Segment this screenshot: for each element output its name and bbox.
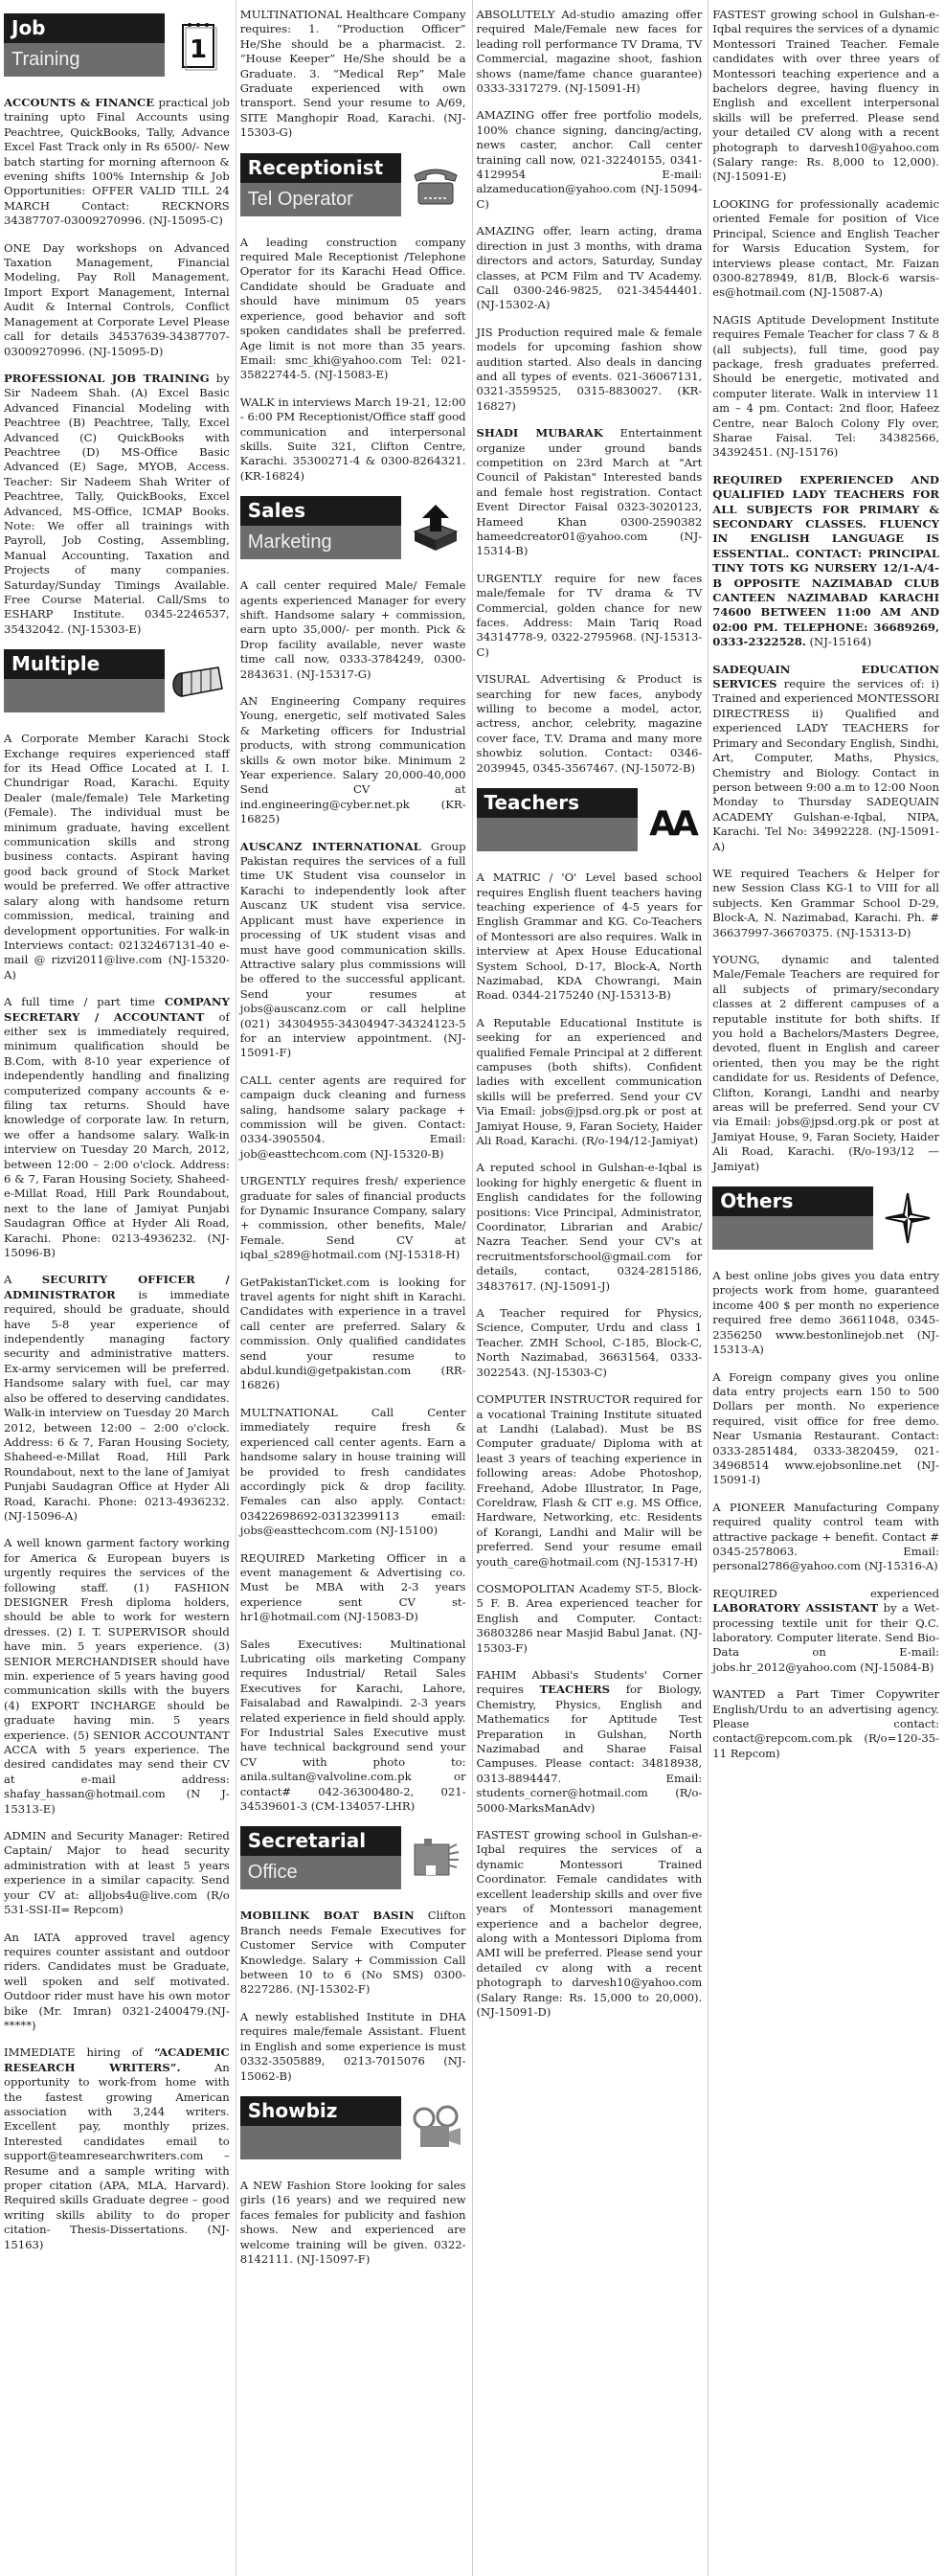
classified-ad: SHADI MUBARAK Entertainment organize und…	[477, 426, 703, 559]
classified-ad: CALL center agents are required for camp…	[240, 1073, 466, 1162]
telephone-icon	[407, 153, 464, 216]
classified-ad: A Teacher required for Physics, Science,…	[477, 1306, 703, 1380]
column-2: MULTINATIONAL Healthcare Company require…	[236, 0, 473, 2576]
classified-ad: WE required Teachers & Helper for new Se…	[712, 867, 939, 940]
category-subtitle	[712, 1216, 873, 1250]
classified-ad: A leading construction company required …	[240, 236, 466, 383]
category-header-secretarial: Secretarial Office	[240, 1826, 466, 1889]
classified-ad: A full time / part time COMPANY SECRETAR…	[4, 995, 230, 1260]
classified-ad: ABSOLUTELY Ad-studio amazing offer requi…	[477, 8, 703, 96]
classified-ad: A MATRIC / 'O' Level based school requir…	[477, 870, 703, 1004]
classified-ad: A Reputable Educational Institute is see…	[477, 1016, 703, 1149]
classified-ad: A reputed school in Gulshan-e-Iqbal is l…	[477, 1161, 703, 1294]
classified-ad: YOUNG, dynamic and talented Male/Female …	[712, 953, 939, 1174]
classified-ad: A best online jobs gives you data entry …	[712, 1269, 939, 1357]
column-3: ABSOLUTELY Ad-studio amazing offer requi…	[473, 0, 709, 2576]
category-header-teachers: Teachers AA	[477, 788, 703, 851]
megaphone-icon	[170, 649, 228, 712]
category-subtitle: Office	[240, 1856, 401, 1889]
classified-ad: A Corporate Member Karachi Stock Exchang…	[4, 732, 230, 983]
classified-ad: VISURAL Advertising & Product is searchi…	[477, 672, 703, 776]
classified-ad: A well known garment factory working for…	[4, 1536, 230, 1817]
classified-ad: WANTED a Part Timer Copywriter English/U…	[712, 1687, 939, 1761]
category-title: Teachers	[477, 788, 638, 818]
classified-ad: REQUIRED experienced LABORATORY ASSISTAN…	[712, 1587, 939, 1675]
classified-ad: ACCOUNTS & FINANCE practical job trainin…	[4, 96, 230, 229]
classified-ad: FAHIM Abbasi's Students' Corner requires…	[477, 1668, 703, 1816]
column-4: FASTEST growing school in Gulshan-e-Iqba…	[709, 0, 945, 2576]
svg-text:AA: AA	[649, 804, 699, 841]
category-subtitle	[240, 2126, 401, 2159]
category-subtitle: Tel Operator	[240, 183, 401, 216]
category-title: Sales	[240, 496, 401, 526]
classified-ad: Sales Executives: Multinational Lubricat…	[240, 1638, 466, 1815]
classified-ad: WALK in interviews March 19-21, 12:00 - …	[240, 395, 466, 484]
category-subtitle: Training	[4, 43, 165, 77]
calendar-page-icon: 1	[170, 13, 228, 77]
classified-ad: A Foreign company gives you online data …	[712, 1370, 939, 1488]
film-projector-icon	[407, 2096, 464, 2159]
classified-ad: URGENTLY require for new faces male/fema…	[477, 572, 703, 660]
classified-ad: AMAZING offer, learn acting, drama direc…	[477, 224, 703, 312]
column-1: Job Training 1 ACCOUNTS & FINANCE practi…	[0, 0, 236, 2576]
classified-ad: AMAZING offer free portfolio models, 100…	[477, 108, 703, 212]
classified-ad: COSMOPOLITAN Academy ST-5, Block-5 F. B.…	[477, 1582, 703, 1656]
category-title: Secretarial	[240, 1826, 401, 1856]
arrow-box-icon	[407, 496, 464, 559]
classified-ad: A newly established Institute in DHA req…	[240, 2010, 466, 2084]
category-title: Showbiz	[240, 2096, 401, 2126]
category-subtitle: Marketing	[240, 526, 401, 559]
classified-ad: A PIONEER Manufacturing Company required…	[712, 1501, 939, 1574]
classified-ad: MOBILINK BOAT BASIN Clifton Branch needs…	[240, 1909, 466, 1997]
classified-ad: PROFESSIONAL JOB TRAINING by Sir Nadeem …	[4, 372, 230, 637]
classified-ad: MULTINATIONAL Healthcare Company require…	[240, 8, 466, 141]
classified-ad: JIS Production required male & female mo…	[477, 326, 703, 414]
svg-text:1: 1	[190, 35, 207, 64]
category-subtitle	[477, 818, 638, 851]
category-header-sales: Sales Marketing	[240, 496, 466, 559]
classified-ad: IMMEDIATE hiring of “ACADEMIC RESEARCH W…	[4, 2045, 230, 2252]
classified-ad: URGENTLY requires fresh/ experience grad…	[240, 1174, 466, 1262]
classified-ad: AUSCANZ INTERNATIONAL Group Pakistan req…	[240, 840, 466, 1061]
classified-ad: A call center required Male/ Female agen…	[240, 578, 466, 682]
classified-ad: REQUIRED EXPERIENCED AND QUALIFIED LADY …	[712, 473, 939, 650]
file-folder-icon	[407, 1826, 464, 1889]
category-title: Multiple	[4, 649, 165, 679]
classified-ad: COMPUTER INSTRUCTOR required for a vocat…	[477, 1392, 703, 1570]
classified-ad: A NEW Fashion Store looking for sales gi…	[240, 2179, 466, 2267]
classified-ad: FASTEST growing school in Gulshan-e-Iqba…	[712, 8, 939, 185]
classified-ad: A SECURITY OFFICER / ADMINISTRATOR is im…	[4, 1273, 230, 1524]
category-header-job-training: Job Training 1	[4, 13, 230, 77]
classified-ad: LOOKING for professionally academic orie…	[712, 197, 939, 301]
category-title: Receptionist	[240, 153, 401, 183]
classified-ad: AN Engineering Company requires Young, e…	[240, 694, 466, 827]
classified-ad: GetPakistanTicket.com is looking for tra…	[240, 1276, 466, 1393]
classified-ad: REQUIRED Marketing Officer in a event ma…	[240, 1551, 466, 1625]
classified-ad: MULTNATIONAL Call Center immediately req…	[240, 1406, 466, 1539]
classified-ad: An IATA approved travel agency requires …	[4, 1931, 230, 2034]
category-header-showbiz: Showbiz	[240, 2096, 466, 2159]
category-subtitle	[4, 679, 165, 712]
classified-ad: SADEQUAIN EDUCATION SERVICES require the…	[712, 663, 939, 854]
compass-star-icon	[879, 1186, 936, 1250]
classified-ad: ONE Day workshops on Advanced Taxation M…	[4, 241, 230, 359]
category-title: Job	[4, 13, 165, 43]
classified-ad: FASTEST growing school in Gulshan-e-Iqba…	[477, 1828, 703, 2020]
category-header-others: Others	[712, 1186, 939, 1250]
classified-ad: NAGIS Aptitude Development Institute req…	[712, 313, 939, 461]
category-header-multiple: Multiple	[4, 649, 230, 712]
classified-ad: ADMIN and Security Manager: Retired Capt…	[4, 1829, 230, 1917]
classified-page: Job Training 1 ACCOUNTS & FINANCE practi…	[0, 0, 945, 2576]
letters-aa-icon: AA	[643, 788, 701, 851]
category-title: Others	[712, 1186, 873, 1216]
category-header-receptionist: Receptionist Tel Operator	[240, 153, 466, 216]
